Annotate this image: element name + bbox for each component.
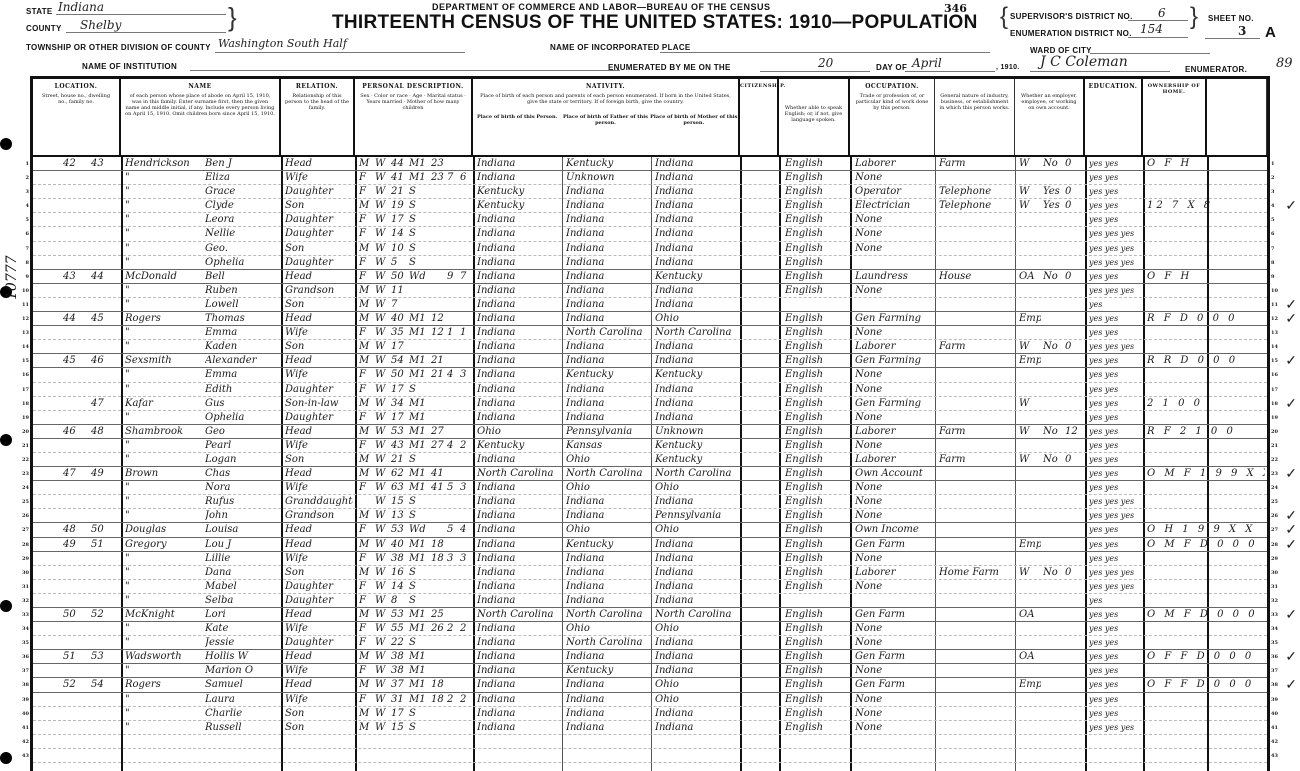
marital-status: M1 — [409, 354, 429, 368]
birthplace-mother: Ohio — [655, 523, 739, 537]
binder-hole — [0, 752, 12, 764]
given-name: Samuel — [205, 678, 279, 692]
employer-status: W — [1019, 397, 1041, 411]
race: W — [375, 650, 389, 664]
birthplace-father: Indiana — [566, 383, 650, 397]
birthplace-father: Indiana — [566, 566, 650, 580]
birthplace-person — [477, 749, 561, 763]
out-of-work — [1043, 693, 1063, 707]
occupation: Own Account — [855, 467, 935, 481]
year-suffix: , 1910. — [996, 64, 1020, 71]
language: English — [785, 326, 849, 340]
enumerator-line — [1030, 71, 1170, 72]
employer-status — [1019, 509, 1041, 523]
home-ownership: O F F D 0 0 0 — [1147, 650, 1265, 664]
marital-status — [409, 298, 429, 312]
years-married — [431, 453, 445, 467]
line-number-right: 21 — [1271, 439, 1283, 453]
children-living — [460, 650, 472, 664]
out-of-work: No — [1043, 566, 1063, 580]
table-row: 1 42 43 Hendrickson Ben J Head M W 44 M1… — [33, 157, 1267, 171]
sex: F — [359, 552, 371, 566]
dwelling-number: 52 — [63, 678, 91, 692]
language: English — [785, 383, 849, 397]
age: 31 — [391, 693, 407, 707]
industry — [939, 636, 1015, 650]
relation: Head — [285, 425, 353, 439]
line-number: 17 — [19, 383, 29, 397]
family-number — [91, 242, 119, 256]
home-ownership — [1147, 185, 1265, 199]
employer-status: W — [1019, 453, 1041, 467]
weeks-out-of-work — [1065, 439, 1083, 453]
sex: F — [359, 227, 371, 241]
table-row: 43 43 — [33, 749, 1267, 763]
surname — [125, 749, 205, 763]
children-living: 1 — [460, 326, 472, 340]
years-married: 18 — [431, 538, 445, 552]
employer-status — [1019, 594, 1041, 608]
years-married — [431, 340, 445, 354]
industry — [939, 580, 1015, 594]
line-number: 16 — [19, 368, 29, 382]
language: English — [785, 354, 849, 368]
table-row: 30 " Dana Son M W 16 S Indiana Indiana I… — [33, 566, 1267, 580]
line-number-right: 27 — [1271, 523, 1283, 537]
language: English — [785, 509, 849, 523]
out-of-work — [1043, 284, 1063, 298]
home-ownership — [1147, 242, 1265, 256]
weeks-out-of-work — [1065, 538, 1083, 552]
children-born — [447, 636, 459, 650]
dwelling-number — [63, 383, 91, 397]
out-of-work — [1043, 326, 1063, 340]
birthplace-mother: Ohio — [655, 693, 739, 707]
family-number — [91, 199, 119, 213]
table-row: 3 " Grace Daughter F W 21 S Kentucky Ind… — [33, 185, 1267, 199]
line-number-right: 4 — [1271, 199, 1283, 213]
surname: " — [125, 171, 205, 185]
employer-status: Emp — [1019, 678, 1041, 692]
language: English — [785, 157, 849, 171]
out-of-work — [1043, 636, 1063, 650]
sex: F — [359, 256, 371, 270]
read-write: yes yes — [1089, 481, 1143, 495]
industry — [939, 312, 1015, 326]
month-line — [905, 71, 995, 72]
line-number: 22 — [19, 453, 29, 467]
marital-status: M1 — [409, 664, 429, 678]
occupation: Gen Farming — [855, 354, 935, 368]
language: English — [785, 340, 849, 354]
nativity-header: NATIVITY. Place of birth of each person … — [473, 79, 740, 155]
relation: Granddaughter — [285, 495, 353, 509]
relation-header: RELATION. Relationship of this person to… — [281, 79, 355, 155]
children-living: 7 — [460, 270, 472, 284]
birthplace-father: Indiana — [566, 270, 650, 284]
occupation: None — [855, 242, 935, 256]
industry: Home Farm — [939, 566, 1015, 580]
dwelling-number — [63, 721, 91, 735]
dwelling-number — [63, 284, 91, 298]
line-number-right: 25 — [1271, 495, 1283, 509]
language: English — [785, 608, 849, 622]
children-living — [460, 199, 472, 213]
weeks-out-of-work — [1065, 467, 1083, 481]
table-row: 6 " Nellie Daughter F W 14 S Indiana Ind… — [33, 227, 1267, 241]
sex: M — [359, 453, 371, 467]
years-married — [431, 383, 445, 397]
language: English — [785, 199, 849, 213]
years-married — [431, 594, 445, 608]
home-ownership — [1147, 707, 1265, 721]
home-ownership — [1147, 735, 1265, 749]
industry: Farm — [939, 453, 1015, 467]
line-number-right: 17 — [1271, 383, 1283, 397]
line-number-right: 31 — [1271, 580, 1283, 594]
table-row: 4 " Clyde Son M W 19 S Kentucky Indiana … — [33, 199, 1267, 213]
employer-status — [1019, 735, 1041, 749]
industry — [939, 594, 1015, 608]
line-number-right: 26 — [1271, 509, 1283, 523]
language: English — [785, 566, 849, 580]
birthplace-person: Indiana — [477, 354, 561, 368]
occupation — [855, 749, 935, 763]
age: 10 — [391, 242, 407, 256]
age: 63 — [391, 481, 407, 495]
industry — [939, 495, 1015, 509]
age: 21 — [391, 185, 407, 199]
family-number — [91, 368, 119, 382]
relation: Daughter — [285, 580, 353, 594]
age: 62 — [391, 467, 407, 481]
census-header: State Indiana County Shelby } Township o… — [0, 0, 1300, 78]
children-living — [460, 538, 472, 552]
employer-status: W — [1019, 185, 1041, 199]
race: W — [375, 594, 389, 608]
age: 17 — [391, 411, 407, 425]
line-number-right: 28 — [1271, 538, 1283, 552]
read-write: yes yes yes — [1089, 566, 1143, 580]
surname: " — [125, 213, 205, 227]
surname: " — [125, 636, 205, 650]
industry — [939, 608, 1015, 622]
race — [375, 735, 389, 749]
birthplace-father: Indiana — [566, 721, 650, 735]
marital-status: S — [409, 256, 429, 270]
line-number-right: 7 — [1271, 242, 1283, 256]
dwelling-number: 43 — [63, 270, 91, 284]
children-born: 3 — [447, 552, 459, 566]
age: 53 — [391, 608, 407, 622]
children-living — [460, 383, 472, 397]
race: W — [375, 199, 389, 213]
home-ownership: O F H — [1147, 157, 1265, 171]
line-number-right: 3 — [1271, 185, 1283, 199]
birthplace-father: North Carolina — [566, 467, 650, 481]
surname: " — [125, 227, 205, 241]
years-married — [431, 636, 445, 650]
birthplace-person: Indiana — [477, 213, 561, 227]
birthplace-person: Kentucky — [477, 199, 561, 213]
relation: Head — [285, 157, 353, 171]
read-write: yes yes yes — [1089, 227, 1143, 241]
table-row: 13 " Emma Wife F W 35 M1 12 1 1 Indiana … — [33, 326, 1267, 340]
read-write: yes yes — [1089, 397, 1143, 411]
weeks-out-of-work — [1065, 495, 1083, 509]
line-number: 2 — [19, 171, 29, 185]
home-ownership — [1147, 439, 1265, 453]
read-write: yes yes — [1089, 185, 1143, 199]
weeks-out-of-work — [1065, 608, 1083, 622]
occupation: Laundress — [855, 270, 935, 284]
birthplace-person: North Carolina — [477, 467, 561, 481]
dwelling-number: 48 — [63, 523, 91, 537]
children-born — [447, 495, 459, 509]
age: 37 — [391, 678, 407, 692]
read-write: yes yes yes — [1089, 495, 1143, 509]
years-married — [431, 707, 445, 721]
years-married — [431, 749, 445, 763]
occupation: None — [855, 707, 935, 721]
birthplace-person: Indiana — [477, 707, 561, 721]
marital-status: M1 — [409, 312, 429, 326]
age — [391, 749, 407, 763]
language: English — [785, 495, 849, 509]
employer-status: W — [1019, 425, 1041, 439]
relation: Son — [285, 340, 353, 354]
birthplace-person: Indiana — [477, 397, 561, 411]
given-name: Rufus — [205, 495, 279, 509]
birthplace-father: Indiana — [566, 707, 650, 721]
children-living — [460, 495, 472, 509]
employer-status: W — [1019, 566, 1041, 580]
occupation: Laborer — [855, 566, 935, 580]
employer-status — [1019, 721, 1041, 735]
family-number — [91, 509, 119, 523]
birthplace-person: Indiana — [477, 664, 561, 678]
children-living — [460, 411, 472, 425]
race: W — [375, 481, 389, 495]
given-name: Pearl — [205, 439, 279, 453]
table-row: 19 " Ophelia Daughter F W 17 M1 Indiana … — [33, 411, 1267, 425]
table-row: 34 " Kate Wife F W 55 M1 26 2 2 Indiana … — [33, 622, 1267, 636]
given-name: Jessie — [205, 636, 279, 650]
occupation: None — [855, 580, 935, 594]
employer-status — [1019, 439, 1041, 453]
employer-status — [1019, 368, 1041, 382]
marital-status: S — [409, 594, 429, 608]
years-married: 41 — [431, 481, 445, 495]
language: English — [785, 552, 849, 566]
line-number: 31 — [19, 580, 29, 594]
race: W — [375, 383, 389, 397]
language: English — [785, 312, 849, 326]
relation: Daughter — [285, 213, 353, 227]
marital-status — [409, 735, 429, 749]
industry — [939, 509, 1015, 523]
industry — [939, 326, 1015, 340]
family-number — [91, 298, 119, 312]
children-living — [460, 580, 472, 594]
read-write: yes yes — [1089, 171, 1143, 185]
years-married — [431, 185, 445, 199]
employer-status — [1019, 495, 1041, 509]
employer-status — [1019, 383, 1041, 397]
birthplace-person: Indiana — [477, 523, 561, 537]
surname: Brown — [125, 467, 205, 481]
birthplace-mother: Indiana — [655, 227, 739, 241]
surname: McDonald — [125, 270, 205, 284]
language: English — [785, 242, 849, 256]
age — [391, 735, 407, 749]
relation: Grandson — [285, 284, 353, 298]
state-line — [56, 14, 226, 15]
sex: F — [359, 622, 371, 636]
read-write: yes yes — [1089, 354, 1143, 368]
surname: " — [125, 340, 205, 354]
dwelling-number — [63, 693, 91, 707]
weeks-out-of-work — [1065, 580, 1083, 594]
relation: Wife — [285, 481, 353, 495]
language: English — [785, 284, 849, 298]
line-number: 32 — [19, 594, 29, 608]
occupation: Gen Farm — [855, 608, 935, 622]
birthplace-father: Ohio — [566, 481, 650, 495]
personal-description-header: PERSONAL DESCRIPTION. Sex · Color or rac… — [355, 79, 473, 155]
sex: M — [359, 509, 371, 523]
census-rows: 1 42 43 Hendrickson Ben J Head M W 44 M1… — [33, 157, 1267, 763]
birthplace-father: Indiana — [566, 199, 650, 213]
children-living — [460, 707, 472, 721]
language: English — [785, 538, 849, 552]
weeks-out-of-work — [1065, 481, 1083, 495]
children-born: 2 — [447, 622, 459, 636]
relation: Son — [285, 566, 353, 580]
children-living — [460, 213, 472, 227]
occupation: None — [855, 636, 935, 650]
language — [785, 735, 849, 749]
occupation: Laborer — [855, 157, 935, 171]
given-name: Thomas — [205, 312, 279, 326]
out-of-work — [1043, 298, 1063, 312]
table-row: 41 " Russell Son M W 15 S Indiana Indian… — [33, 721, 1267, 735]
relation: Head — [285, 650, 353, 664]
birthplace-person: Indiana — [477, 509, 561, 523]
birthplace-mother: Indiana — [655, 199, 739, 213]
home-ownership: O M F D 0 0 0 — [1147, 608, 1265, 622]
birthplace-father: Indiana — [566, 678, 650, 692]
ward-label: Ward of city — [1030, 46, 1092, 55]
dwelling-number — [63, 340, 91, 354]
age: 22 — [391, 636, 407, 650]
home-ownership — [1147, 453, 1265, 467]
birthplace-mother: North Carolina — [655, 326, 739, 340]
read-write: yes yes yes — [1089, 509, 1143, 523]
table-row: 11 " Lowell Son M W 7 Indiana Indiana In… — [33, 298, 1267, 312]
home-ownership — [1147, 213, 1265, 227]
children-living: 3 — [460, 481, 472, 495]
children-living — [460, 185, 472, 199]
table-row: 27 48 50 Douglas Louisa Head F W 53 Wd 5… — [33, 523, 1267, 537]
relation: Son — [285, 298, 353, 312]
misc-header — [1207, 79, 1267, 155]
line-number: 14 — [19, 340, 29, 354]
children-born — [447, 749, 459, 763]
race: W — [375, 721, 389, 735]
race: W — [375, 566, 389, 580]
race: W — [375, 256, 389, 270]
children-living — [460, 636, 472, 650]
occupation: Gen Farm — [855, 678, 935, 692]
table-row: 36 51 53 Wadsworth Hollis W Head M W 38 … — [33, 650, 1267, 664]
birthplace-father: Kentucky — [566, 157, 650, 171]
home-ownership — [1147, 594, 1265, 608]
sex: F — [359, 383, 371, 397]
family-number — [91, 326, 119, 340]
language: English — [785, 368, 849, 382]
sex — [359, 735, 371, 749]
line-number-right: 40 — [1271, 707, 1283, 721]
age: 19 — [391, 199, 407, 213]
family-number — [91, 185, 119, 199]
line-number-right: 10 — [1271, 284, 1283, 298]
sheet-value: 3 — [1238, 24, 1246, 38]
birthplace-father: Kentucky — [566, 538, 650, 552]
years-married: 23 — [431, 157, 445, 171]
family-number — [91, 622, 119, 636]
race: W — [375, 368, 389, 382]
enumerated-label: Enumerated by me on the — [608, 63, 731, 72]
years-married: 26 — [431, 622, 445, 636]
out-of-work — [1043, 608, 1063, 622]
birthplace-father: Indiana — [566, 340, 650, 354]
state-label: State — [26, 7, 53, 16]
industry — [939, 383, 1015, 397]
read-write: yes yes — [1089, 453, 1143, 467]
occupation: None — [855, 326, 935, 340]
occupation: None — [855, 227, 935, 241]
industry: Farm — [939, 340, 1015, 354]
birthplace-mother: Indiana — [655, 650, 739, 664]
incorporated-place-label: Name of incorporated place — [550, 43, 691, 52]
birthplace-person: Indiana — [477, 552, 561, 566]
birthplace-mother: Indiana — [655, 397, 739, 411]
language: English — [785, 622, 849, 636]
birthplace-father: Indiana — [566, 509, 650, 523]
out-of-work — [1043, 439, 1063, 453]
race: W — [375, 312, 389, 326]
birthplace-person: Indiana — [477, 326, 561, 340]
children-born: 9 — [447, 270, 459, 284]
children-living — [460, 354, 472, 368]
children-born — [447, 467, 459, 481]
years-married — [431, 650, 445, 664]
language: English — [785, 256, 849, 270]
out-of-work: No — [1043, 425, 1063, 439]
state-value: Indiana — [58, 0, 104, 14]
table-row: 25 " Rufus Granddaughter W 15 S Indiana … — [33, 495, 1267, 509]
line-number-right: 38 — [1271, 678, 1283, 692]
location-header: LOCATION. Street, house no., dwelling no… — [33, 79, 121, 155]
industry — [939, 664, 1015, 678]
line-number: 4 — [19, 199, 29, 213]
marital-status: S — [409, 509, 429, 523]
dwelling-number — [63, 171, 91, 185]
out-of-work — [1043, 467, 1063, 481]
race: W — [375, 636, 389, 650]
occupation: Own Income — [855, 523, 935, 537]
